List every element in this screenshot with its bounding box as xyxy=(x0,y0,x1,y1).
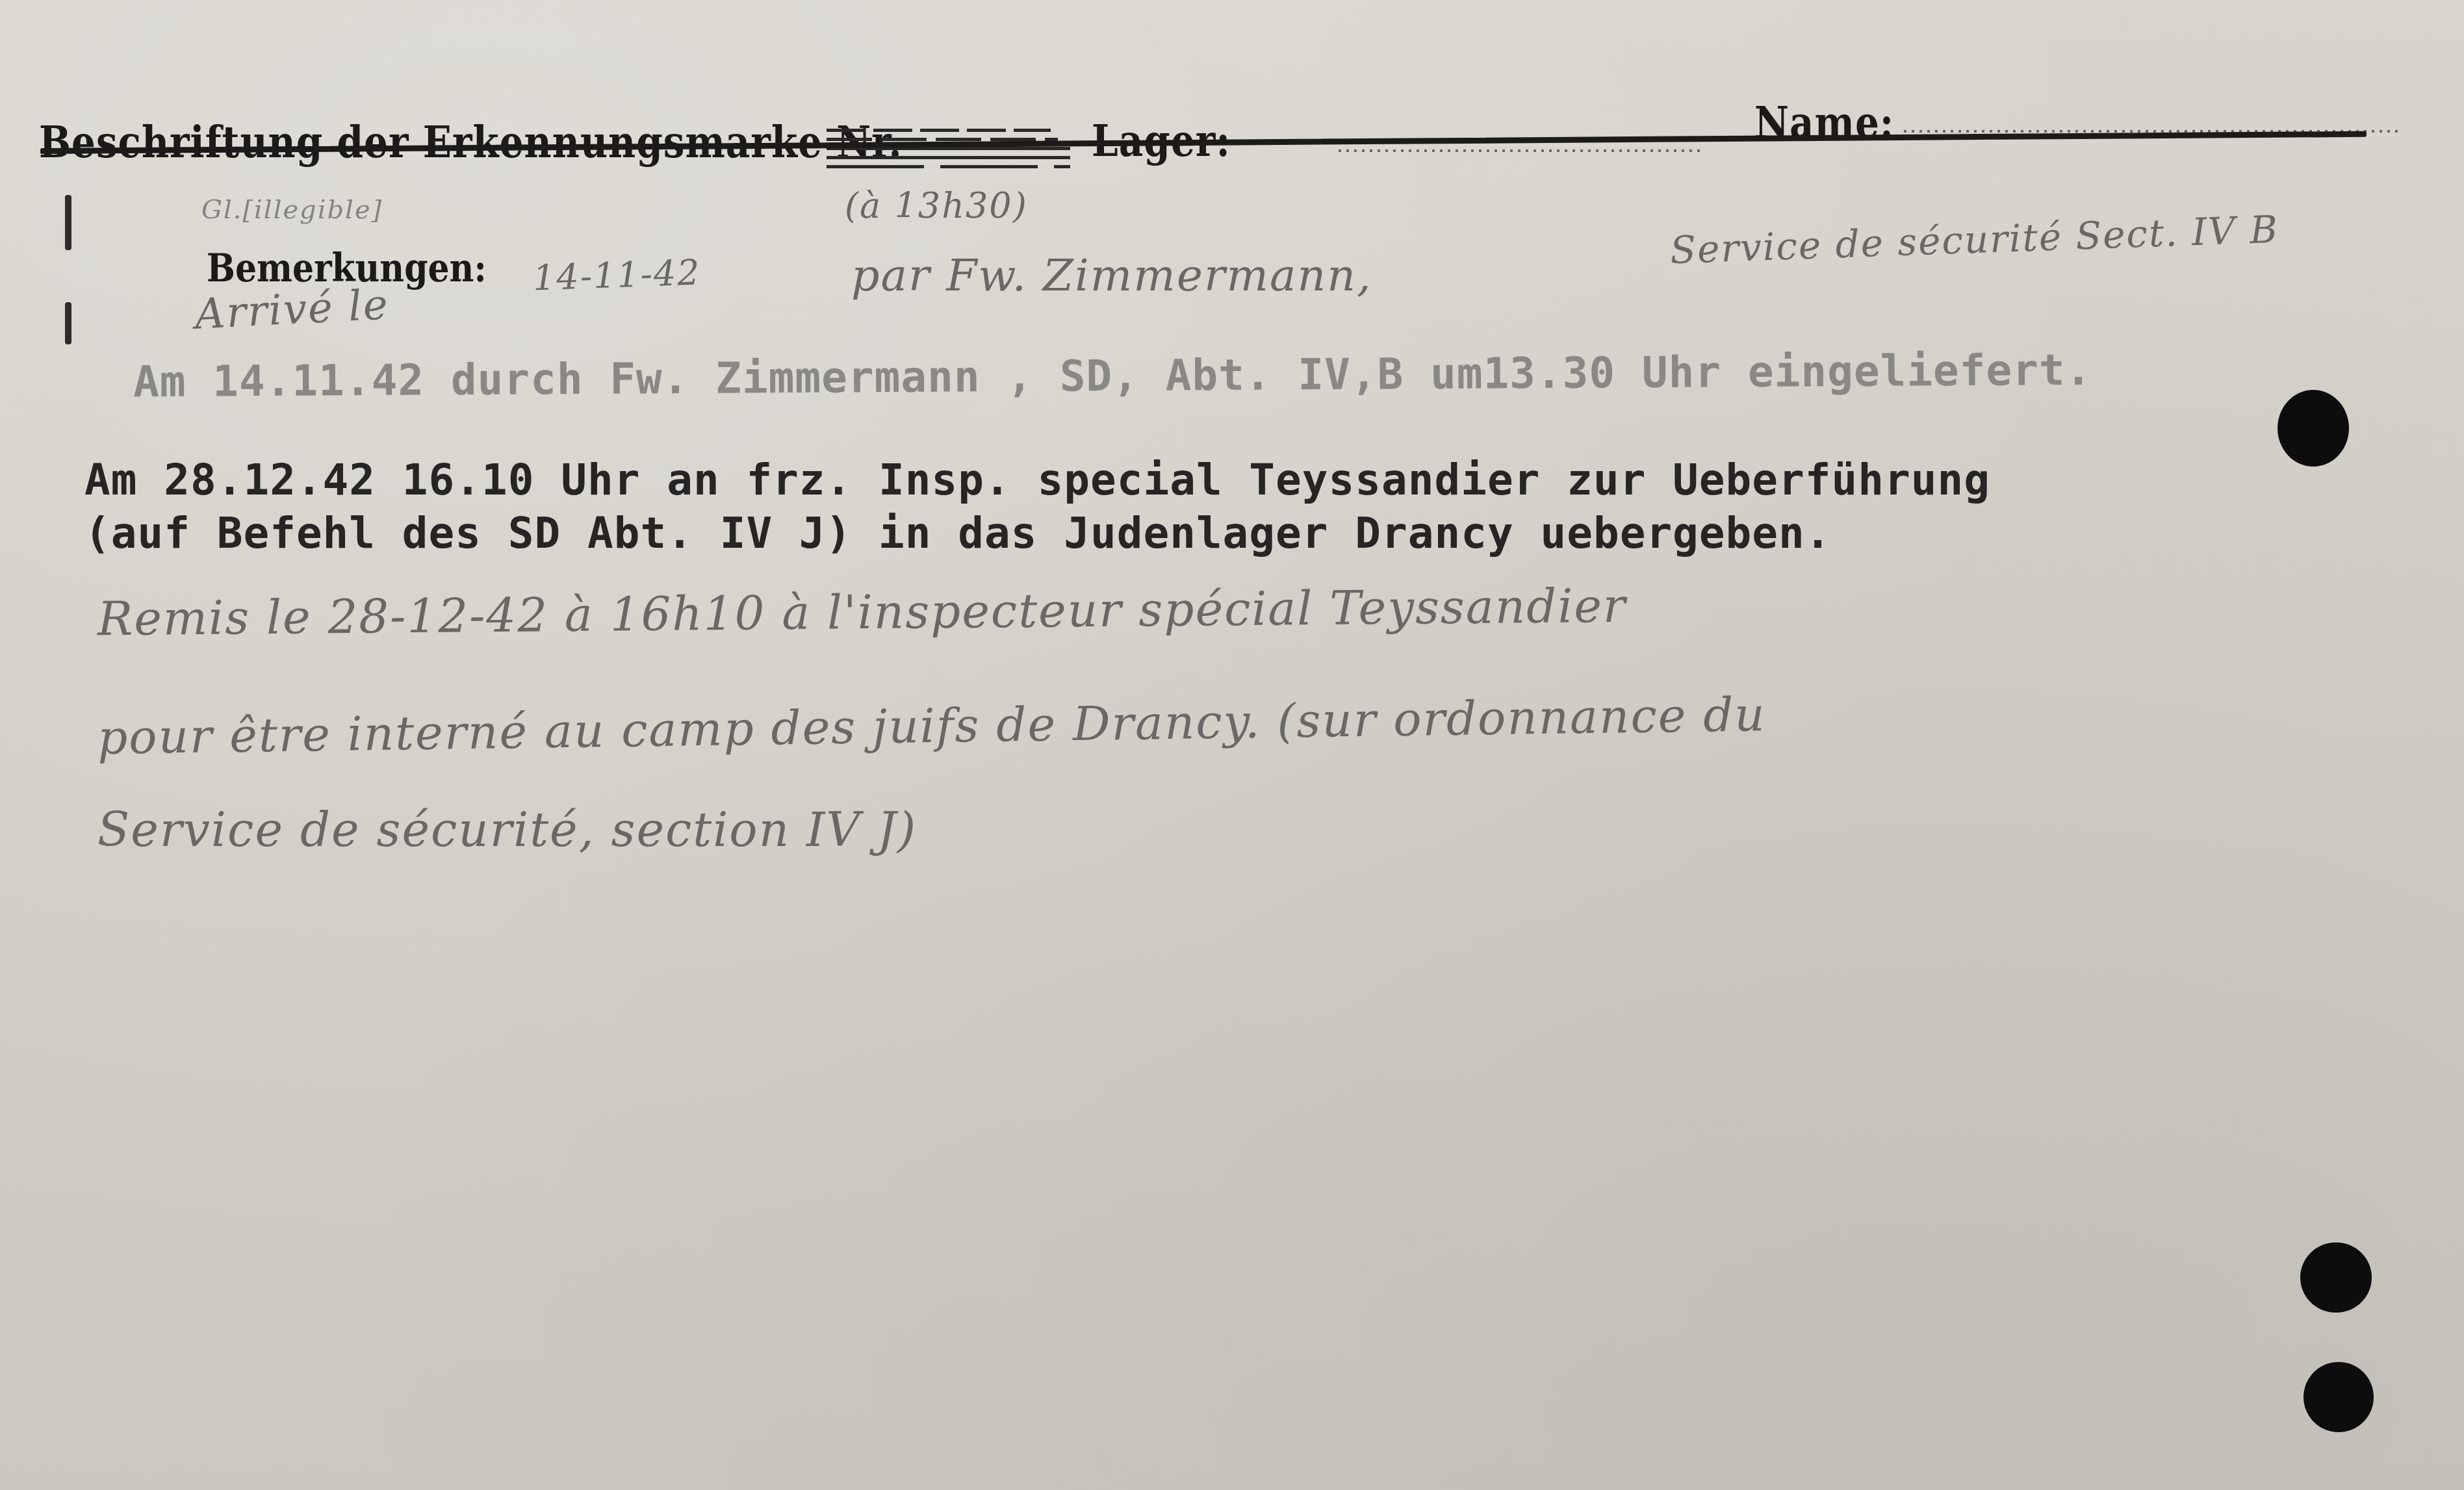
nr-field-redacted-lines xyxy=(827,129,1070,175)
punch-hole-icon xyxy=(2304,1362,2374,1432)
handwritten-time-note: (à 13h30) xyxy=(845,185,1028,226)
typed-entry-transfer-line2: (auf Befehl des SD Abt. IV J) in das Jud… xyxy=(84,508,1832,558)
handwritten-transfer-line3: Service de sécurité, section IV J) xyxy=(97,803,917,857)
handwritten-arrival-prefix: Arrivé le xyxy=(194,281,390,339)
handwritten-arrival-date: 14-11-42 xyxy=(532,252,702,299)
typed-entry-transfer-line1: Am 28.12.42 16.10 Uhr an frz. Insp. spec… xyxy=(84,455,1990,505)
punch-hole-icon xyxy=(2278,390,2349,467)
lager-field-dotted-line xyxy=(1339,149,1702,152)
punch-hole-icon xyxy=(2300,1242,2372,1313)
handwritten-arrival-by: par Fw. Zimmermann, xyxy=(851,250,1372,302)
handwritten-gl-note: Gl.[illegible] xyxy=(201,195,383,225)
margin-mark-top xyxy=(65,195,71,250)
margin-mark-bottom xyxy=(65,302,71,344)
